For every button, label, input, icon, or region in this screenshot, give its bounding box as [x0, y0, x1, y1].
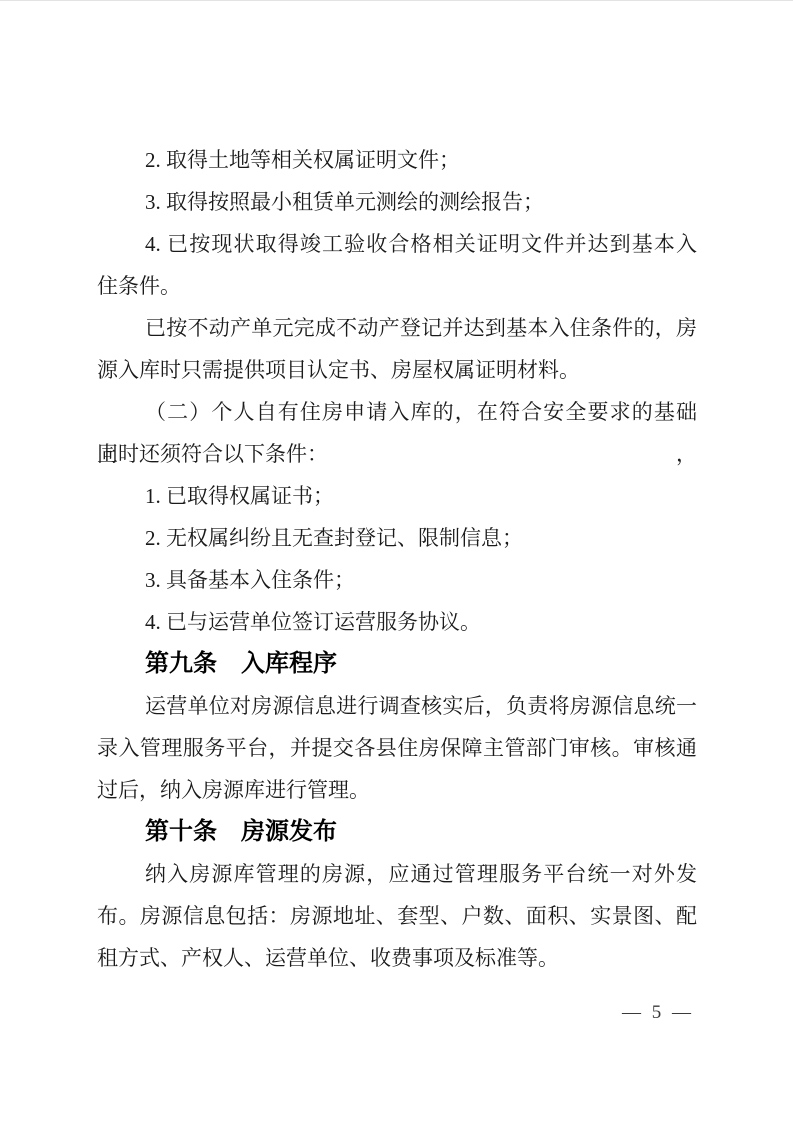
list-item: 3. 取得按照最小租赁单元测绘的测绘报告；	[97, 181, 697, 223]
paragraph-line: 租方式、产权人、运营单位、收费事项及标准等。	[97, 937, 697, 979]
paragraph-line: 过后，纳入房源库进行管理。	[97, 769, 697, 811]
list-item: 2. 取得土地等相关权属证明文件；	[97, 139, 697, 181]
document-body: 2. 取得土地等相关权属证明文件； 3. 取得按照最小租赁单元测绘的测绘报告； …	[97, 139, 697, 979]
paragraph-line: （二）个人自有住房申请入库的，在符合安全要求的基础上，	[97, 391, 697, 433]
paragraph-line: 住条件。	[97, 265, 697, 307]
paragraph-line: 运营单位对房源信息进行调查核实后，负责将房源信息统一	[97, 685, 697, 727]
paragraph-line: 布。房源信息包括：房源地址、套型、户数、面积、实景图、配	[97, 895, 697, 937]
paragraph-line: 纳入房源库管理的房源，应通过管理服务平台统一对外发	[97, 853, 697, 895]
page-number: — 5 —	[622, 1001, 692, 1025]
paragraph-line: 录入管理服务平台，并提交各县住房保障主管部门审核。审核通	[97, 727, 697, 769]
list-item: 1. 已取得权属证书；	[97, 475, 697, 517]
list-item: 2. 无权属纠纷且无查封登记、限制信息；	[97, 517, 697, 559]
document-page: 2. 取得土地等相关权属证明文件； 3. 取得按照最小租赁单元测绘的测绘报告； …	[0, 0, 793, 1123]
article-heading-10: 第十条 房源发布	[97, 811, 697, 853]
list-item: 4. 已与运营单位签订运营服务协议。	[97, 601, 697, 643]
paragraph-line: 4. 已按现状取得竣工验收合格相关证明文件并达到基本入	[97, 223, 697, 265]
list-item: 3. 具备基本入住条件；	[97, 559, 697, 601]
paragraph-line: 已按不动产单元完成不动产登记并达到基本入住条件的，房	[97, 307, 697, 349]
paragraph-line: 源入库时只需提供项目认定书、房屋权属证明材料。	[97, 349, 697, 391]
article-heading-9: 第九条 入库程序	[97, 643, 697, 685]
